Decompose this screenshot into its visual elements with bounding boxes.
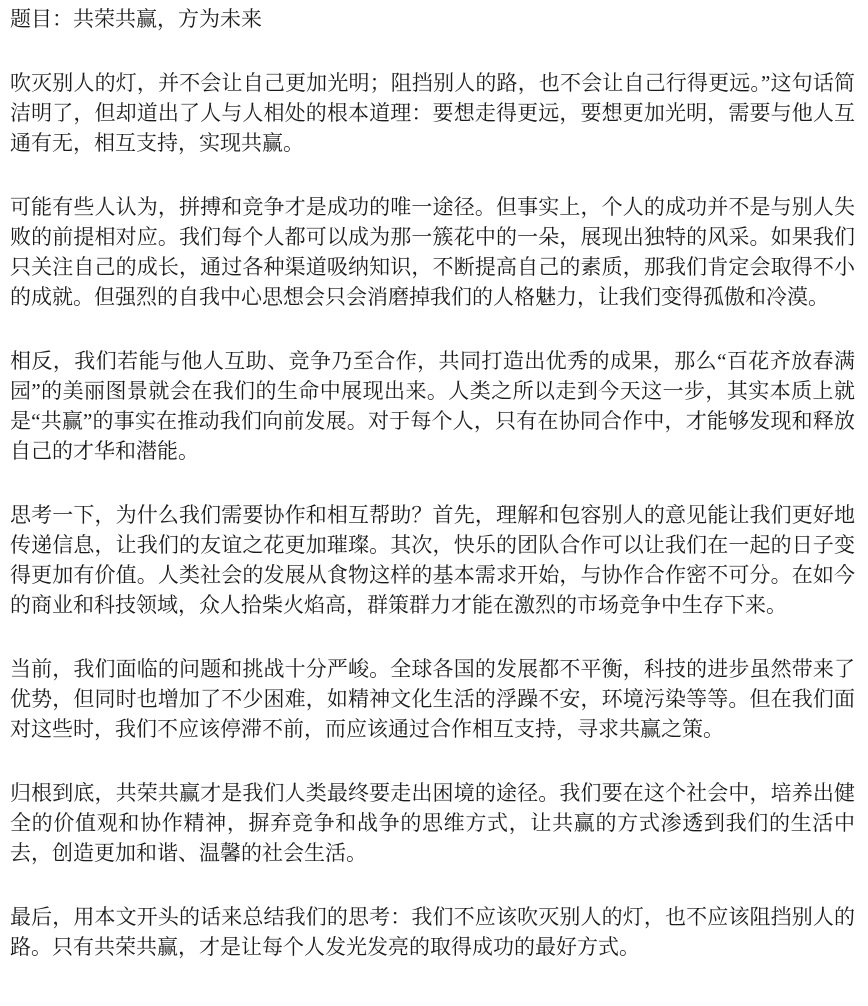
essay-title: 题目：共荣共赢，方为未来: [10, 4, 855, 34]
essay-paragraph-3: 相反，我们若能与他人互助、竞争乃至合作，共同打造出优秀的成果，那么“百花齐放春满…: [10, 346, 855, 466]
essay-paragraph-2: 可能有些人认为，拼搏和竞争才是成功的唯一途径。但事实上，个人的成功并不是与别人失…: [10, 192, 855, 312]
essay-paragraph-5: 当前，我们面临的问题和挑战十分严峻。全球各国的发展都不平衡，科技的进步虽然带来了…: [10, 654, 855, 744]
essay-document: 题目：共荣共赢，方为未来 吹灭别人的灯，并不会让自己更加光明；阻挡别人的路，也不…: [0, 0, 868, 1006]
essay-paragraph-4: 思考一下，为什么我们需要协作和相互帮助？首先，理解和包容别人的意见能让我们更好地…: [10, 500, 855, 620]
essay-paragraph-6: 归根到底，共荣共赢才是我们人类最终要走出困境的途径。我们要在这个社会中，培养出健…: [10, 778, 855, 868]
essay-paragraph-1: 吹灭别人的灯，并不会让自己更加光明；阻挡别人的路，也不会让自己行得更远。”这句话…: [10, 68, 855, 158]
essay-paragraph-7: 最后，用本文开头的话来总结我们的思考：我们不应该吹灭别人的灯，也不应该阻挡别人的…: [10, 902, 855, 962]
